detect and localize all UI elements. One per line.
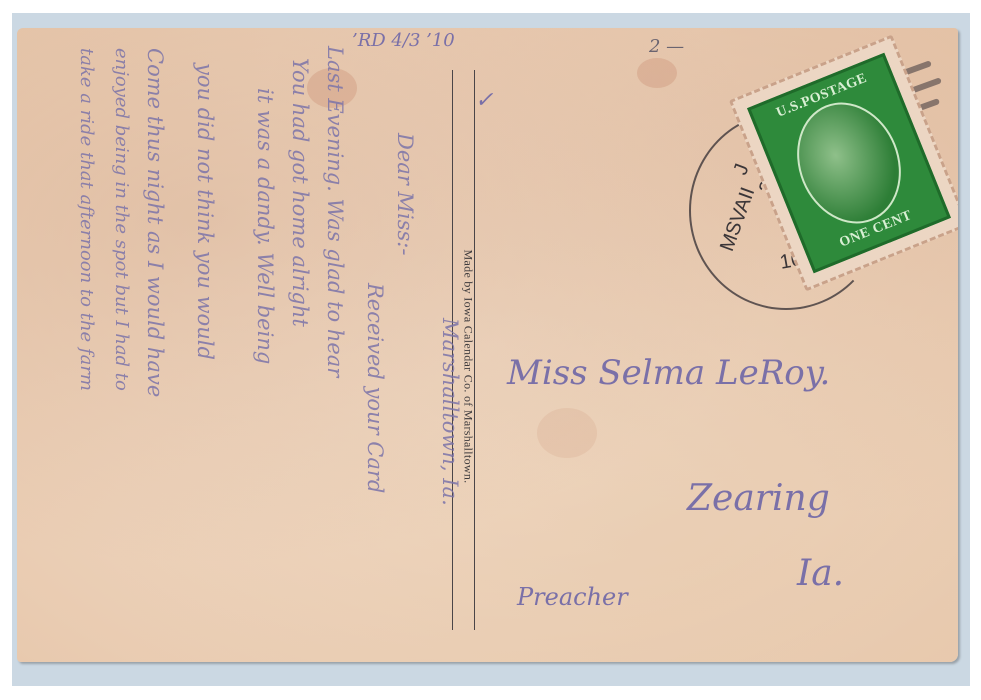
message-line: Last Evening. Was glad to hear [323,46,347,377]
date-note: ’RD 4/3 ’10 [352,30,455,51]
check-mark: ✓ [475,88,493,113]
message-line: You had got home alright [288,58,312,327]
message-line: Received your Card [363,283,387,493]
sender-note: Preacher [517,583,628,611]
message-line: take a ride that afternoon to the farm [76,48,97,391]
address-state: Ia. [797,553,844,594]
message-line: Marshalltown, Ia. [438,318,462,506]
address-town: Zearing [687,478,830,519]
corner-note: 2 — [649,36,684,57]
message-line: it was a dandy. Well being [253,88,277,364]
stain [537,408,597,458]
stain [637,58,677,88]
message-line: you did not think you would [193,63,217,360]
postcard: Made by Iowa Calendar Co. of Marshalltow… [17,28,958,662]
message-line: Dear Miss:- [393,133,417,255]
address-name: Miss Selma LeRoy. [507,353,830,393]
message-line: enjoyed being in the spot but I had to [111,48,132,391]
message-line: Come thus night as I would have [143,48,167,397]
